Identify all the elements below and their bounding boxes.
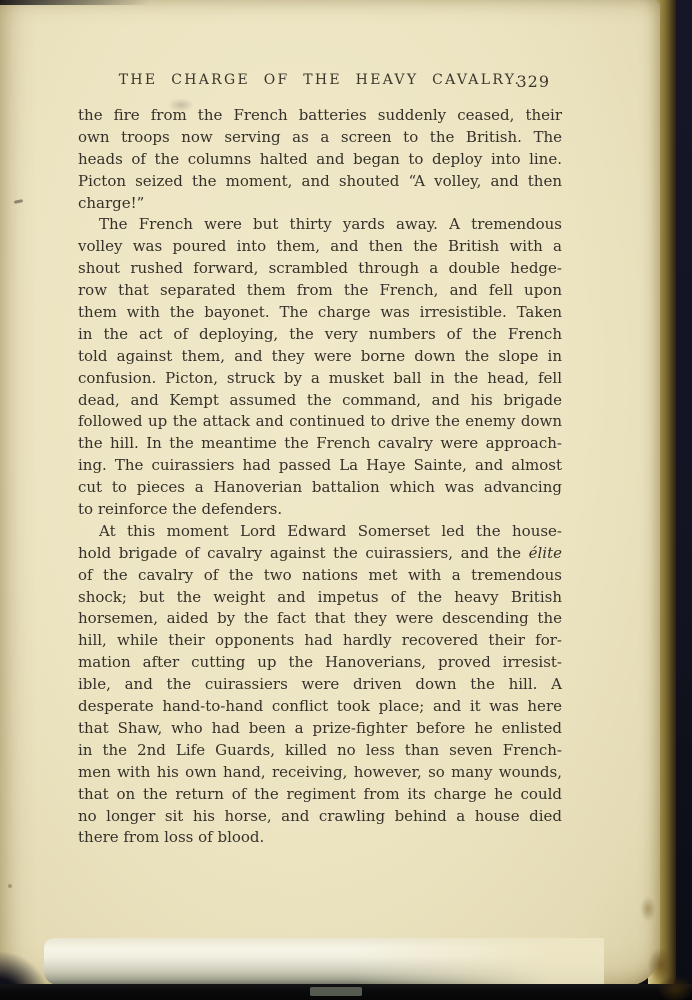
body-text: the fire from the French batteries sudde… [78, 105, 562, 849]
text-line: Picton seized the moment, and shouted “A… [78, 171, 562, 193]
text-line: volley was poured into them, and then th… [78, 236, 562, 258]
text-line: them with the bayonet. The charge was ir… [78, 302, 562, 324]
page-text-column: THE CHARGE OF THE HEAVY CAVALRY. 329 the… [78, 72, 562, 849]
paper-speck [8, 884, 12, 888]
under-pages-edge [44, 938, 604, 985]
text-line: to reinforce the defenders. [78, 499, 562, 521]
text-line: the hill. In the meantime the French cav… [78, 433, 562, 455]
paragraph: the fire from the French batteries sudde… [78, 105, 562, 214]
scan-edge-artifact [0, 0, 150, 5]
paragraph: At this moment Lord Edward Somerset led … [78, 521, 562, 849]
text-line: that on the return of the regiment from … [78, 784, 562, 806]
text-line: desperate hand-to-hand conflict took pla… [78, 696, 562, 718]
foxing-stain [640, 896, 656, 922]
text-line: cut to pieces a Hanoverian battalion whi… [78, 477, 562, 499]
text-line: confusion. Picton, struck by a musket ba… [78, 368, 562, 390]
paragraph: The French were but thirty yards away. A… [78, 214, 562, 520]
text-line: in the act of deploying, the very number… [78, 324, 562, 346]
text-line: At this moment Lord Edward Somerset led … [78, 521, 562, 543]
text-line: told against them, and they were borne d… [78, 346, 562, 368]
text-line: followed up the attack and continued to … [78, 411, 562, 433]
text-line: shout rushed forward, scrambled through … [78, 258, 562, 280]
page-number: 329 [516, 72, 550, 91]
text-line: men with his own hand, receiving, howeve… [78, 762, 562, 784]
scanned-book-page: THE CHARGE OF THE HEAVY CAVALRY. 329 the… [0, 0, 692, 1000]
foxing-stain [658, 976, 692, 1000]
paper-speck [14, 199, 23, 204]
text-line: that Shaw, who had been a prize-fighter … [78, 718, 562, 740]
text-line: there from loss of blood. [78, 827, 562, 849]
text-line: of the cavalry of the two nations met wi… [78, 565, 562, 587]
text-line: dead, and Kempt assumed the command, and… [78, 390, 562, 412]
page-edge-tab [310, 987, 362, 996]
text-line: charge!” [78, 193, 562, 215]
text-line: in the 2nd Life Guards, killed no less t… [78, 740, 562, 762]
text-line: The French were but thirty yards away. A… [78, 214, 562, 236]
text-line: own troops now serving as a screen to th… [78, 127, 562, 149]
text-line: shock; but the weight and impetus of the… [78, 587, 562, 609]
running-header-title: THE CHARGE OF THE HEAVY CAVALRY. [119, 72, 521, 88]
text-line: heads of the columns halted and began to… [78, 149, 562, 171]
text-line: hill, while their opponents had hardly r… [78, 630, 562, 652]
text-line: no longer sit his horse, and crawling be… [78, 806, 562, 828]
text-line: ing. The cuirassiers had passed La Haye … [78, 455, 562, 477]
text-line: hold brigade of cavalry against the cuir… [78, 543, 562, 565]
text-line: the fire from the French batteries sudde… [78, 105, 562, 127]
book-page: THE CHARGE OF THE HEAVY CAVALRY. 329 the… [0, 0, 660, 986]
text-line: row that separated them from the French,… [78, 280, 562, 302]
text-line: mation after cutting up the Hanoverians,… [78, 652, 562, 674]
text-line: ible, and the cuirassiers were driven do… [78, 674, 562, 696]
page-header: THE CHARGE OF THE HEAVY CAVALRY. 329 [78, 72, 562, 92]
text-line: horsemen, aided by the fact that they we… [78, 608, 562, 630]
